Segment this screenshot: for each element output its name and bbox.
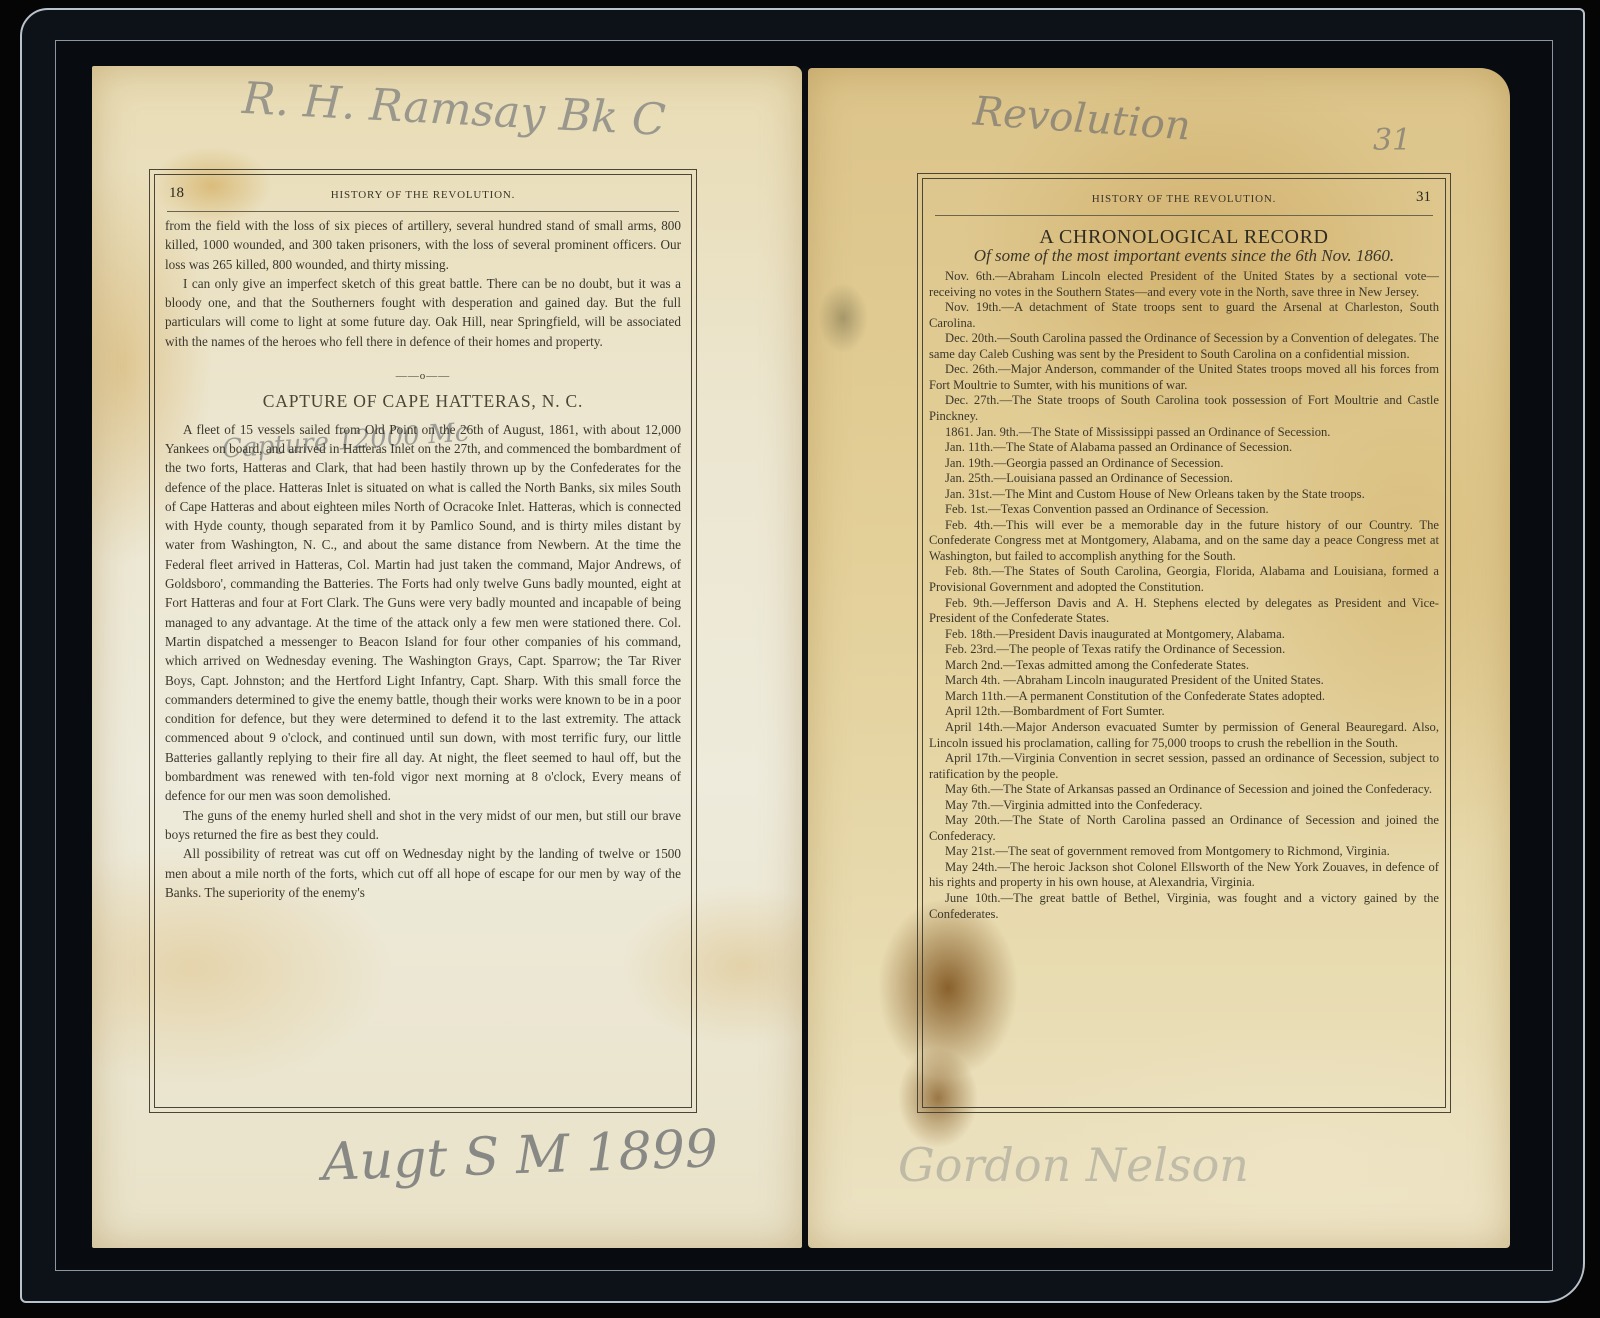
- chronology-body: A CHRONOLOGICAL RECORD Of some of the mo…: [923, 216, 1445, 922]
- right-text-block: HISTORY OF THE REVOLUTION. 31 A CHRONOLO…: [922, 178, 1446, 1108]
- left-body-text: from the field with the loss of six piec…: [155, 212, 691, 902]
- chronology-entry: Dec. 26th.—Major Anderson, commander of …: [929, 362, 1439, 393]
- chronology-entry: Jan. 19th.—Georgia passed an Ordinance o…: [929, 456, 1439, 472]
- running-head-title: HISTORY OF THE REVOLUTION.: [935, 193, 1433, 205]
- chronology-entry: Dec. 27th.—The State troops of South Car…: [929, 393, 1439, 424]
- chronology-entry: Jan. 25th.—Louisiana passed an Ordinance…: [929, 471, 1439, 487]
- chronology-entry: May 20th.—The State of North Carolina pa…: [929, 813, 1439, 844]
- paragraph: from the field with the loss of six piec…: [165, 216, 681, 274]
- chronology-entry: May 7th.—Virginia admitted into the Conf…: [929, 798, 1439, 814]
- section-title: CAPTURE OF CAPE HATTERAS, N. C.: [165, 392, 681, 411]
- chronology-entry: March 2nd.—Texas admitted among the Conf…: [929, 658, 1439, 674]
- chronology-entry: Nov. 19th.—A detachment of State troops …: [929, 300, 1439, 331]
- paragraph: I can only give an imperfect sketch of t…: [165, 274, 681, 351]
- chronology-entry: March 11th.—A permanent Constitution of …: [929, 689, 1439, 705]
- left-page: R. H. Ramsay Bk C Capture 12000 Mc Augt …: [92, 66, 802, 1248]
- running-head: HISTORY OF THE REVOLUTION. 31: [935, 179, 1433, 216]
- paragraph: All possibility of retreat was cut off o…: [165, 844, 681, 902]
- chronology-entry: Nov. 6th.—Abraham Lincoln elected Presid…: [929, 269, 1439, 300]
- pencil-inscription-top-right: 31: [1373, 123, 1411, 158]
- left-text-block: 18 HISTORY OF THE REVOLUTION. from the f…: [154, 174, 692, 1108]
- chronology-entry: Jan. 31st.—The Mint and Custom House of …: [929, 487, 1439, 503]
- chronology-entry: Feb. 4th.—This will ever be a memorable …: [929, 518, 1439, 565]
- chronology-entry: 1861. Jan. 9th.—The State of Mississippi…: [929, 425, 1439, 441]
- paragraph: The guns of the enemy hurled shell and s…: [165, 806, 681, 845]
- running-head: 18 HISTORY OF THE REVOLUTION.: [167, 175, 679, 212]
- chronology-entry: May 21st.—The seat of government removed…: [929, 844, 1439, 860]
- chronology-entry: Dec. 20th.—South Carolina passed the Ord…: [929, 331, 1439, 362]
- page-number: 31: [1416, 189, 1431, 206]
- pencil-signature: Augt S M 1899: [321, 1119, 719, 1193]
- chronology-entry: Feb. 23rd.—The people of Texas ratify th…: [929, 642, 1439, 658]
- chronology-subtitle: Of some of the most important events sin…: [929, 248, 1439, 264]
- chronology-entry: Jan. 11th.—The State of Alabama passed a…: [929, 440, 1439, 456]
- chronology-entry: Feb. 18th.—President Davis inaugurated a…: [929, 627, 1439, 643]
- chronology-entry: Feb. 1st.—Texas Convention passed an Ord…: [929, 502, 1439, 518]
- running-head-title: HISTORY OF THE REVOLUTION.: [167, 189, 679, 201]
- chronology-entry: May 24th.—The heroic Jackson shot Colone…: [929, 860, 1439, 891]
- chronology-entry: Feb. 9th.—Jefferson Davis and A. H. Step…: [929, 596, 1439, 627]
- pencil-inscription-bottom: Gordon Nelson: [898, 1138, 1249, 1192]
- paragraph: A fleet of 15 vessels sailed from Old Po…: [165, 420, 681, 806]
- chronology-entry: April 14th.—Major Anderson evacuated Sum…: [929, 720, 1439, 751]
- chronology-entry: June 10th.—The great battle of Bethel, V…: [929, 891, 1439, 922]
- right-page: Revolution 31 Gordon Nelson HISTORY OF T…: [808, 68, 1510, 1248]
- chronology-entry: March 4th. —Abraham Lincoln inaugurated …: [929, 673, 1439, 689]
- chronology-entry: April 17th.—Virginia Convention in secre…: [929, 751, 1439, 782]
- pencil-inscription-top: Revolution: [972, 88, 1192, 149]
- pencil-inscription-top: R. H. Ramsay Bk C: [241, 73, 667, 146]
- chronology-title: A CHRONOLOGICAL RECORD: [929, 230, 1439, 246]
- section-divider: ——o——: [165, 367, 681, 386]
- chronology-entry: April 12th.—Bombardment of Fort Sumter.: [929, 704, 1439, 720]
- chronology-entry: Feb. 8th.—The States of South Carolina, …: [929, 564, 1439, 595]
- chronology-entry: May 6th.—The State of Arkansas passed an…: [929, 782, 1439, 798]
